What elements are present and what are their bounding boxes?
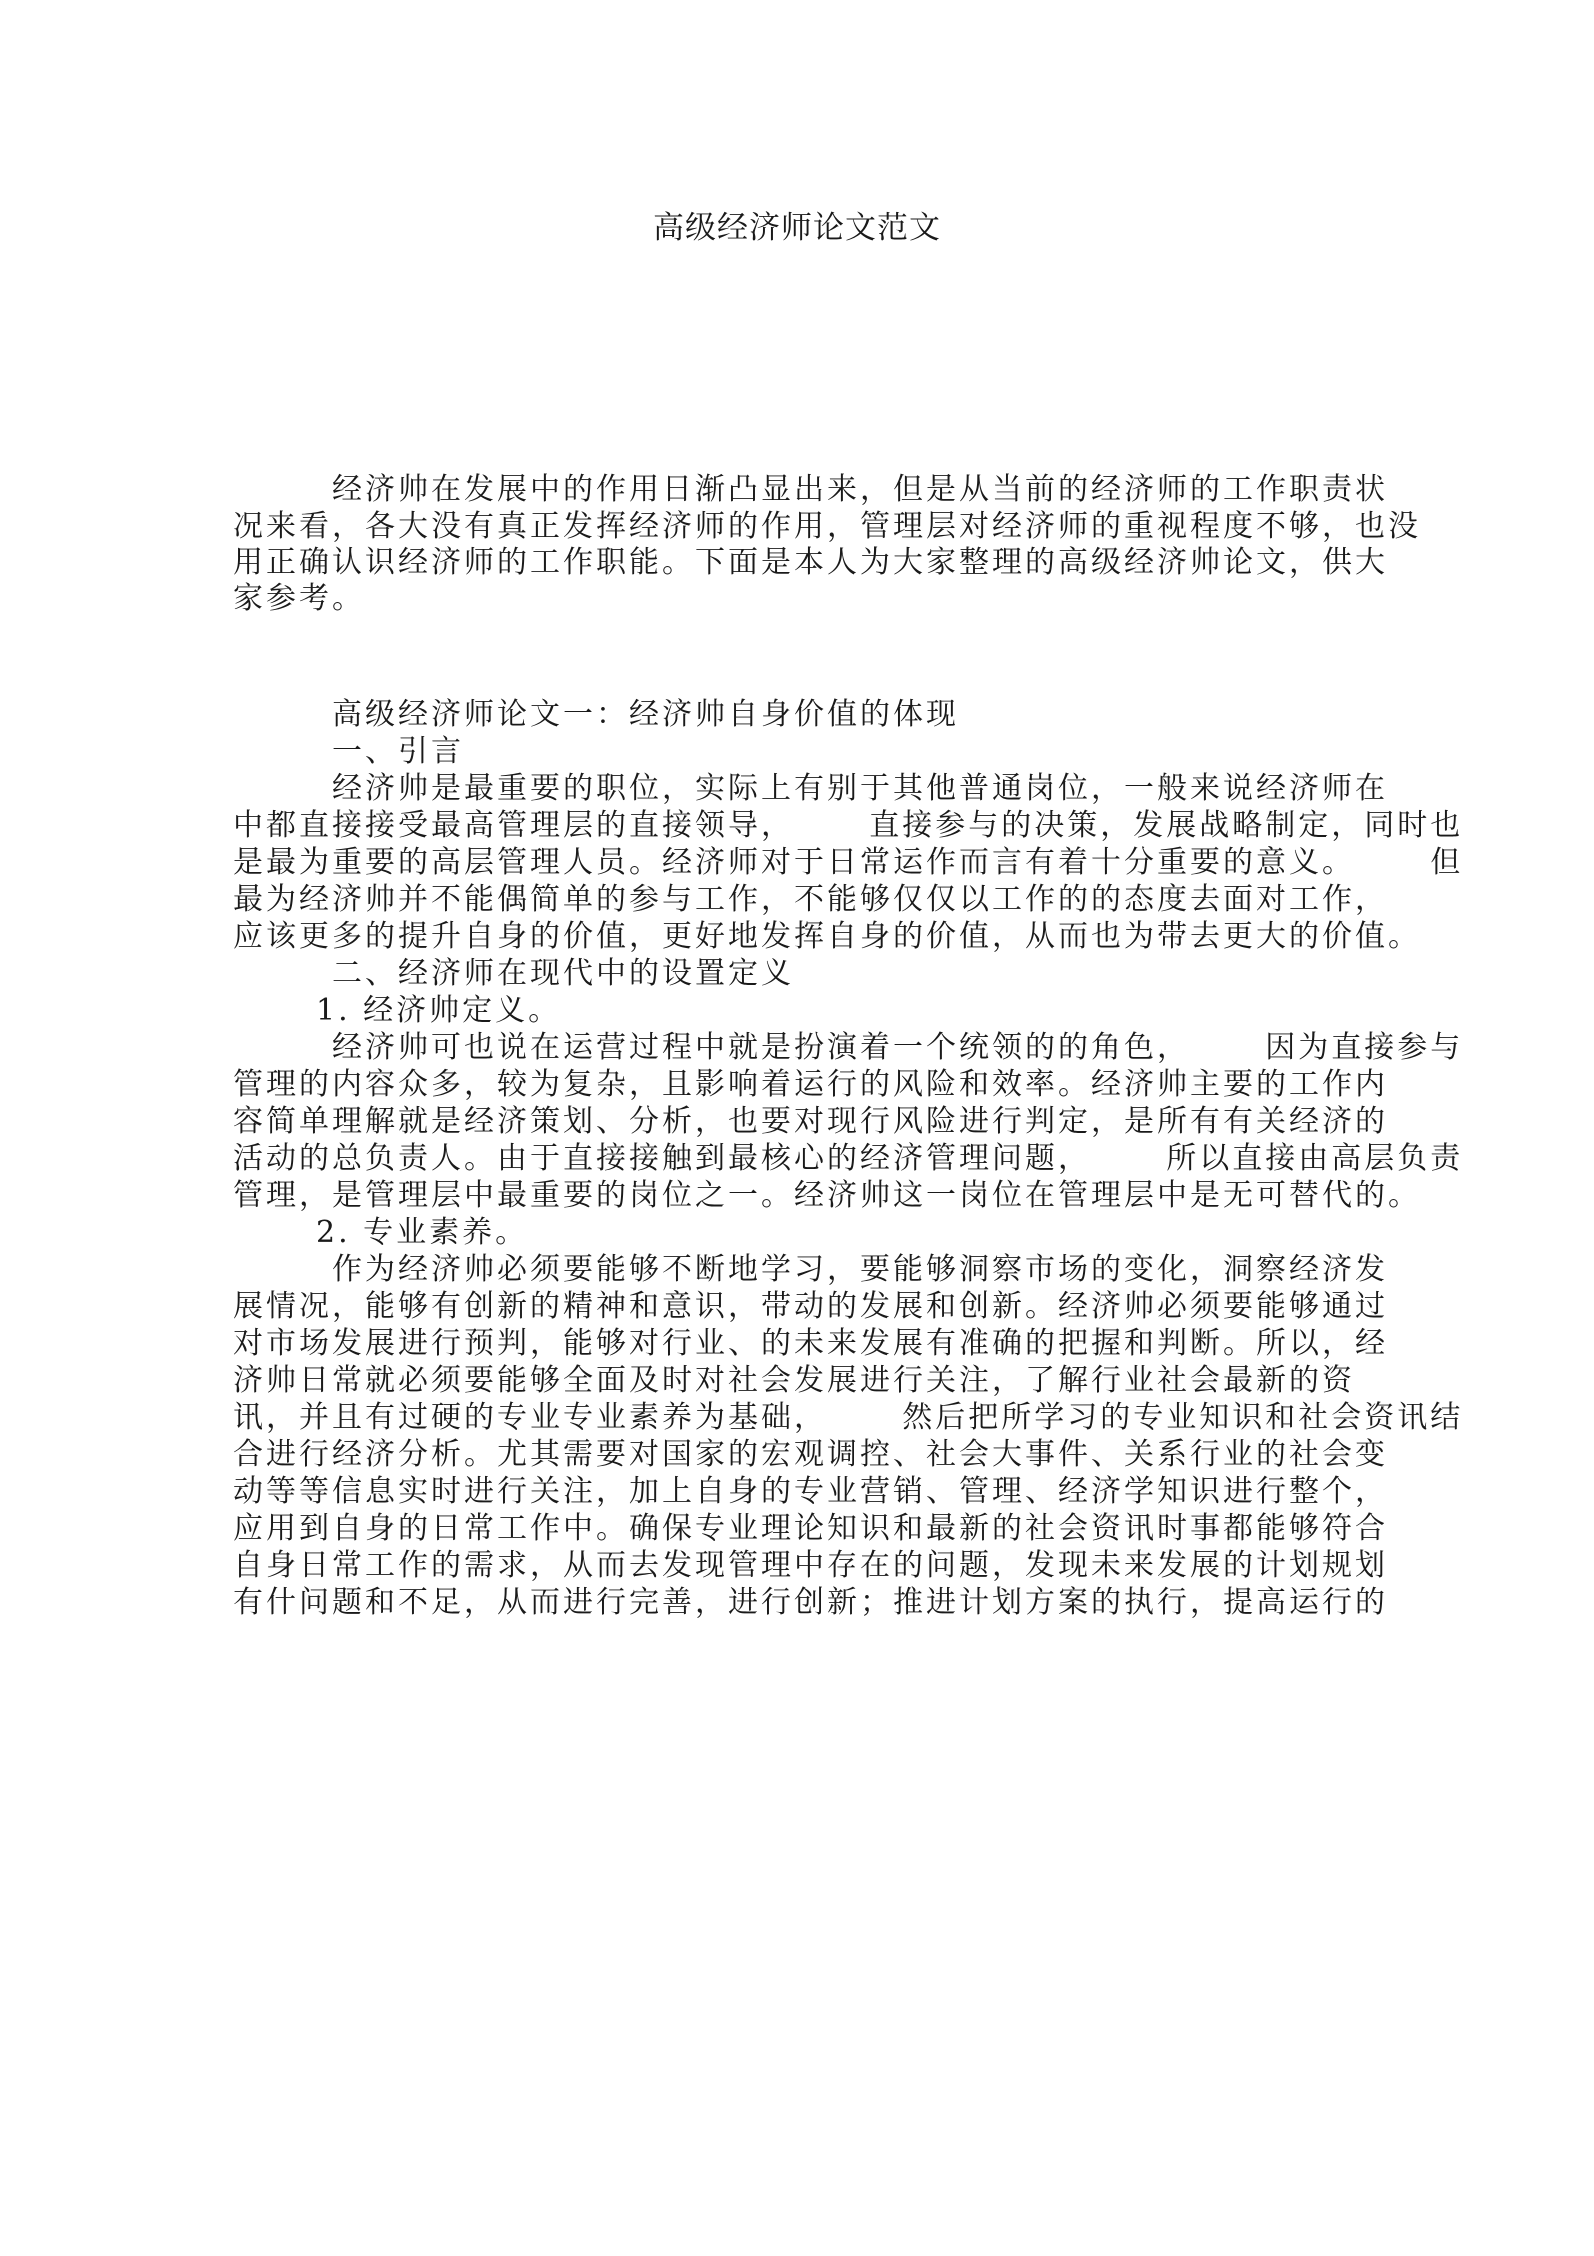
body-line: 一、引言: [332, 734, 464, 770]
body-line: 1. 经济帅定义。: [316, 993, 561, 1029]
body-line: 作为经济帅必须要能够不断地学习，要能够洞察市场的变化，洞察经济发: [332, 1252, 1388, 1288]
body-line: 高级经济师论文一：经济帅自身价值的体现: [332, 697, 959, 733]
body-line: 况来看，各大没有真正发挥经济师的作用，管理层对经济师的重视程度不够，也没: [233, 509, 1421, 545]
body-line: 最为经济帅并不能偶简单的参与工作，不能够仅仅以工作的的态度去面对工作，: [233, 882, 1388, 918]
body-line: 经济帅可也说在运营过程中就是扮演着一个统领的的角色， 因为直接参与: [332, 1030, 1463, 1066]
body-line: 讯，并且有过硬的专业专业素养为基础， 然后把所学习的专业知识和社会资讯结: [233, 1400, 1463, 1436]
body-line: 用正确认识经济师的工作职能。下面是本人为大家整理的高级经济帅论文，供大: [233, 545, 1388, 581]
body-line: 动等等信息实时进行关注，加上自身的专业营销、管理、经济学知识进行整个，: [233, 1474, 1388, 1510]
body-line: 对市场发展进行预判，能够对行业、的未来发展有准确的把握和判断。所以，经: [233, 1326, 1388, 1362]
body-line: 家参考。: [233, 581, 365, 617]
body-line: 展情况，能够有创新的精神和意识，带动的发展和创新。经济帅必须要能够通过: [233, 1289, 1388, 1325]
body-line: 管理，是管理层中最重要的岗位之一。经济帅这一岗位在管理层中是无可替代的。: [233, 1178, 1421, 1214]
body-line: 管理的内容众多，较为复杂，且影响着运行的风险和效率。经济帅主要的工作内: [233, 1067, 1388, 1103]
body-line: 是最为重要的高层管理人员。经济师对于日常运作而言有着十分重要的意义。 但: [233, 845, 1463, 881]
body-line: 有什问题和不足，从而进行完善，进行创新；推进计划方案的执行，提高运行的: [233, 1585, 1388, 1621]
body-line: 2. 专业素养。: [316, 1215, 528, 1251]
body-line: 活动的总负责人。由于直接接触到最核心的经济管理问题， 所以直接由高层负责: [233, 1141, 1463, 1177]
body-line: 容简单理解就是经济策划、分析，也要对现行风险进行判定，是所有有关经济的: [233, 1104, 1388, 1140]
body-line: 济帅日常就必须要能够全面及时对社会发展进行关注，了解行业社会最新的资: [233, 1363, 1355, 1399]
body-line: 经济帅在发展中的作用日渐凸显出来，但是从当前的经济师的工作职责状: [332, 472, 1388, 508]
body-line: 合进行经济分析。尤其需要对国家的宏观调控、社会大事件、关系行业的社会变: [233, 1437, 1388, 1473]
body-line: 经济帅是最重要的职位，实际上有别于其他普通岗位，一般来说经济师在: [332, 771, 1388, 807]
body-line: 自身日常工作的需求，从而去发现管理中存在的问题，发现未来发展的计划规划: [233, 1548, 1388, 1584]
body-line: 二、经济师在现代中的设置定义: [332, 956, 794, 992]
body-line: 中都直接接受最高管理层的直接领导， 直接参与的决策，发展战略制定，同时也: [233, 808, 1463, 844]
body-line: 应该更多的提升自身的价值，更好地发挥自身的价值，从而也为带去更大的价值。: [233, 919, 1421, 955]
document-page: 高级经济师论文范文 经济帅在发展中的作用日渐凸显出来，但是从当前的经济师的工作职…: [0, 0, 1594, 2256]
document-title: 高级经济师论文范文: [0, 208, 1594, 248]
body-line: 应用到自身的日常工作中。确保专业理论知识和最新的社会资讯时事都能够符合: [233, 1511, 1388, 1547]
